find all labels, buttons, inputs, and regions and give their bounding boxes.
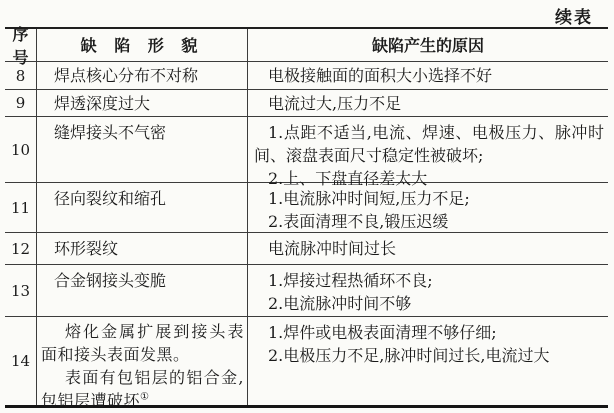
table-row: 13 合金钢接头变脆 1.焊接过程热循环不良; 2.电流脉冲时间不够 [5,265,608,317]
cause-text: 1.焊件或电极表面清理不够仔细; [254,321,604,344]
continuation-table-label: 续表 [555,3,593,28]
header-cell-cause: 缺陷产生的原因 [248,29,608,61]
cell-defect: 合金钢接头变脆 [37,265,248,316]
cause-text: 2.表面清理不良,锻压迟缓 [254,210,604,233]
cell-cause: 1.焊接过程热循环不良; 2.电流脉冲时间不够 [248,265,608,316]
defect-text: 径向裂纹和缩孔 [54,187,243,210]
cell-row-number: 13 [5,265,37,316]
cell-row-number: 12 [5,233,37,264]
cell-cause: 电流脉冲时间过长 [248,233,608,264]
cell-row-number: 14 [5,317,37,405]
defect-text: 焊点核心分布不对称 [54,64,243,87]
header-cell-defect: 缺 陷 形 貌 [37,29,248,61]
defect-text: 焊透深度过大 [54,92,243,115]
table-header-row: 序号 缺 陷 形 貌 缺陷产生的原因 [5,29,608,62]
table-row: 11 径向裂纹和缩孔 1.电流脉冲时间短,压力不足; 2.表面清理不良,锻压迟缓 [5,183,608,233]
cell-cause: 电极接触面的面积大小选择不好 [248,62,608,89]
cell-row-number: 8 [5,62,37,89]
cause-text: 电极接触面的面积大小选择不好 [254,64,604,87]
cause-text: 1.电流脉冲时间短,压力不足; [254,187,604,210]
table-row: 14 熔化金属扩展到接头表面和接头表面发黑。 表面有包铝层的铝合金,包铝层遭破坏… [5,317,608,405]
cell-row-number: 9 [5,90,37,116]
defect-cause-table: 序号 缺 陷 形 貌 缺陷产生的原因 8 焊点核心分布不对称 电极接触面的面积大… [5,27,608,408]
scanned-document-page: 续表 序号 缺 陷 形 貌 缺陷产生的原因 8 焊点核心分布不对称 电极接触面的… [0,0,614,413]
cell-defect: 缝焊接头不气密 [37,117,248,182]
defect-text: 环形裂纹 [54,237,243,260]
cause-text: 电流过大,压力不足 [254,92,604,115]
cell-defect: 熔化金属扩展到接头表面和接头表面发黑。 表面有包铝层的铝合金,包铝层遭破坏① [37,317,248,405]
table-row: 8 焊点核心分布不对称 电极接触面的面积大小选择不好 [5,62,608,90]
cause-text: 2.电流脉冲时间不够 [254,292,604,315]
cause-text: 1.焊接过程热循环不良; [254,269,604,292]
defect-text: 合金钢接头变脆 [54,269,243,292]
cell-row-number: 11 [5,183,37,232]
footnote-marker: ① [140,392,149,403]
defect-text: 表面有包铝层的铝合金,包铝层遭破坏① [41,366,244,412]
defect-text-span: 表面有包铝层的铝合金,包铝层遭破坏 [41,368,244,410]
cell-cause: 1.点距不适当,电流、焊速、电极压力、脉冲时间、滚盘表面尺寸稳定性被破坏; 2.… [248,117,608,182]
table-row: 12 环形裂纹 电流脉冲时间过长 [5,233,608,265]
table-row: 10 缝焊接头不气密 1.点距不适当,电流、焊速、电极压力、脉冲时间、滚盘表面尺… [5,117,608,183]
cell-cause: 电流过大,压力不足 [248,90,608,116]
cause-text: 2.电极压力不足,脉冲时间过长,电流过大 [254,344,604,367]
cell-defect: 焊透深度过大 [37,90,248,116]
table-row: 9 焊透深度过大 电流过大,压力不足 [5,90,608,117]
header-cell-no: 序号 [5,29,37,61]
cell-cause: 1.电流脉冲时间短,压力不足; 2.表面清理不良,锻压迟缓 [248,183,608,232]
cause-text: 电流脉冲时间过长 [254,237,604,260]
cell-defect: 径向裂纹和缩孔 [37,183,248,232]
cell-cause: 1.焊件或电极表面清理不够仔细; 2.电极压力不足,脉冲时间过长,电流过大 [248,317,608,405]
cause-text: 1.点距不适当,电流、焊速、电极压力、脉冲时间、滚盘表面尺寸稳定性被破坏; [254,121,604,167]
cell-defect: 焊点核心分布不对称 [37,62,248,89]
cell-row-number: 10 [5,117,37,182]
defect-text: 缝焊接头不气密 [54,121,243,144]
defect-text: 熔化金属扩展到接头表面和接头表面发黑。 [41,320,244,366]
cell-defect: 环形裂纹 [37,233,248,264]
